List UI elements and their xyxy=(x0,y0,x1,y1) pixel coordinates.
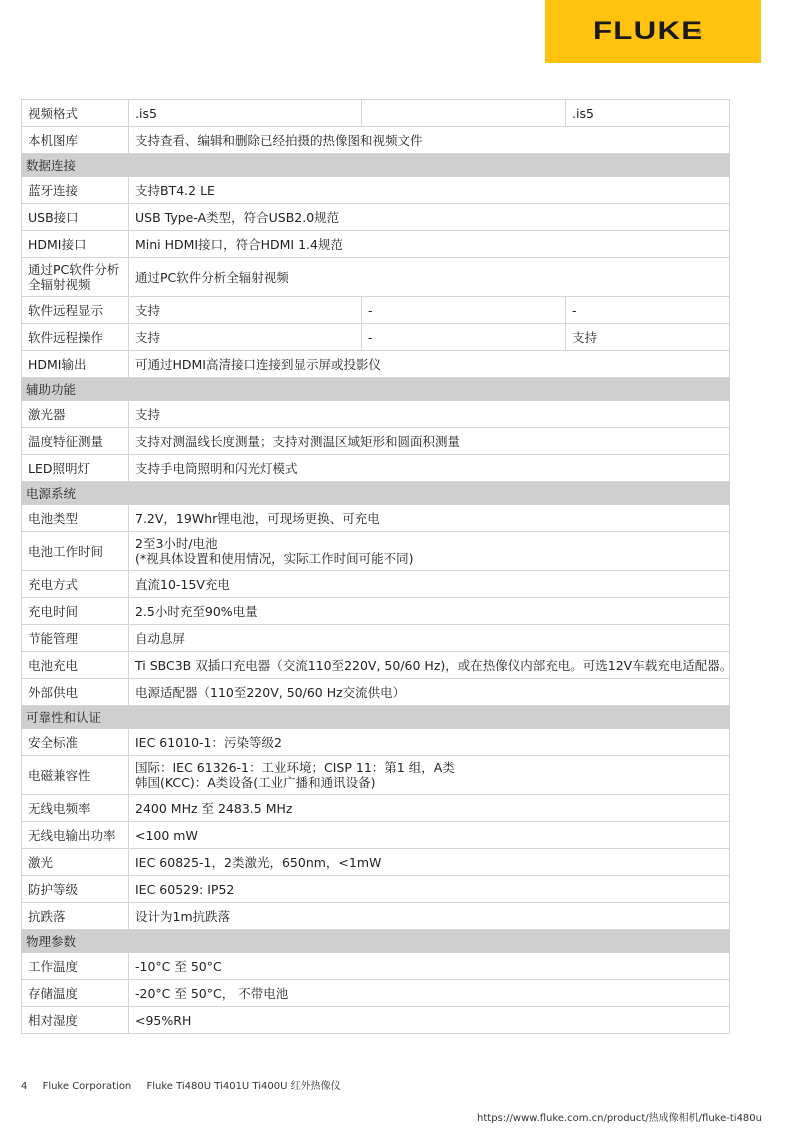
table-row: 软件远程显示支持-- xyxy=(22,297,730,324)
fluke-logo: FLUKE ® xyxy=(545,0,761,63)
row-value: -20°C 至 50°C， 不带电池 xyxy=(129,980,730,1007)
row-value-ti480u: .is5 xyxy=(129,100,362,127)
row-label: 外部供电 xyxy=(22,679,129,706)
table-row: 安全标准IEC 61010-1：污染等级2 xyxy=(22,729,730,756)
row-label: 安全标准 xyxy=(22,729,129,756)
section-title: 数据连接 xyxy=(22,154,730,177)
table-row: 充电方式直流10-15V充电 xyxy=(22,571,730,598)
row-label: 节能管理 xyxy=(22,625,129,652)
page-footer: 4 Fluke Corporation Fluke Ti480U Ti401U … xyxy=(21,1077,353,1092)
row-value: 支持查看、编辑和删除已经拍摄的热像图和视频文件 xyxy=(129,127,730,154)
table-row: 通过PC软件分析全辐射视频通过PC软件分析全辐射视频 xyxy=(22,258,730,297)
section-title: 辅助功能 xyxy=(22,378,730,401)
table-row: 激光IEC 60825-1，2类激光，650nm，<1mW xyxy=(22,849,730,876)
section-header: 辅助功能 xyxy=(22,378,730,401)
section-title: 可靠性和认证 xyxy=(22,706,730,729)
row-value-ti400u: 支持 xyxy=(566,324,730,351)
section-header: 电源系统 xyxy=(22,482,730,505)
row-value: IEC 60825-1，2类激光，650nm，<1mW xyxy=(129,849,730,876)
row-label: 存储温度 xyxy=(22,980,129,1007)
logo-text: FLUKE xyxy=(593,17,703,46)
row-value: -10°C 至 50°C xyxy=(129,953,730,980)
table-row: 外部供电电源适配器（110至220V, 50/60 Hz交流供电） xyxy=(22,679,730,706)
row-label: 软件远程操作 xyxy=(22,324,129,351)
row-label: 本机图库 xyxy=(22,127,129,154)
row-value: 自动息屏 xyxy=(129,625,730,652)
row-value-ti401u: - xyxy=(362,297,566,324)
table-row: USB接口USB Type-A类型，符合USB2.0规范 xyxy=(22,204,730,231)
table-row: 无线电频率2400 MHz 至 2483.5 MHz xyxy=(22,795,730,822)
table-row: 电池类型7.2V，19Whr锂电池，可现场更换、可充电 xyxy=(22,505,730,532)
row-value: 支持 xyxy=(129,401,730,428)
table-row: 电池工作时间2至3小时/电池(*视具体设置和使用情况，实际工作时间可能不同) xyxy=(22,532,730,571)
row-value-ti480u: 支持 xyxy=(129,324,362,351)
row-value: Mini HDMI接口，符合HDMI 1.4规范 xyxy=(129,231,730,258)
table-row: HDMI输出可通过HDMI高清接口连接到显示屏或投影仪 xyxy=(22,351,730,378)
row-value: 2.5小时充至90%电量 xyxy=(129,598,730,625)
row-label: 无线电频率 xyxy=(22,795,129,822)
row-label: 温度特征测量 xyxy=(22,428,129,455)
row-value: 电源适配器（110至220V, 50/60 Hz交流供电） xyxy=(129,679,730,706)
row-value: 2400 MHz 至 2483.5 MHz xyxy=(129,795,730,822)
row-label: 通过PC软件分析全辐射视频 xyxy=(22,258,129,297)
row-value: 可通过HDMI高清接口连接到显示屏或投影仪 xyxy=(129,351,730,378)
row-value: 支持对测温线长度测量；支持对测温区域矩形和圆面积测量 xyxy=(129,428,730,455)
table-row: 电磁兼容性国际：IEC 61326-1：工业环境；CISP 11：第1 组，A类… xyxy=(22,756,730,795)
table-row: 视频格式.is5.is5 xyxy=(22,100,730,127)
row-value-ti400u: .is5 xyxy=(566,100,730,127)
table-row: 温度特征测量支持对测温线长度测量；支持对测温区域矩形和圆面积测量 xyxy=(22,428,730,455)
row-value: 支持手电筒照明和闪光灯模式 xyxy=(129,455,730,482)
section-header: 物理参数 xyxy=(22,930,730,953)
row-label: HDMI接口 xyxy=(22,231,129,258)
row-value-line: 2至3小时/电池 xyxy=(135,536,723,551)
row-label: 充电方式 xyxy=(22,571,129,598)
row-label: 激光器 xyxy=(22,401,129,428)
row-label: 充电时间 xyxy=(22,598,129,625)
footer-company: Fluke Corporation xyxy=(43,1081,132,1092)
table-row: 蓝牙连接支持BT4.2 LE xyxy=(22,177,730,204)
row-value-line: (*视具体设置和使用情况，实际工作时间可能不同) xyxy=(135,551,723,566)
row-value-ti401u: - xyxy=(362,324,566,351)
row-value: 直流10-15V充电 xyxy=(129,571,730,598)
row-value-ti401u xyxy=(362,100,566,127)
table-row: 本机图库支持查看、编辑和删除已经拍摄的热像图和视频文件 xyxy=(22,127,730,154)
table-row: 电池充电Ti SBC3B 双插口充电器（交流110至220V, 50/60 Hz… xyxy=(22,652,730,679)
row-value: <95%RH xyxy=(129,1007,730,1034)
row-value: 2至3小时/电池(*视具体设置和使用情况，实际工作时间可能不同) xyxy=(129,532,730,571)
table-row: 激光器支持 xyxy=(22,401,730,428)
row-label: USB接口 xyxy=(22,204,129,231)
row-label: 抗跌落 xyxy=(22,903,129,930)
row-label: 软件远程显示 xyxy=(22,297,129,324)
row-value: IEC 61010-1：污染等级2 xyxy=(129,729,730,756)
spec-table: 视频格式.is5.is5本机图库支持查看、编辑和删除已经拍摄的热像图和视频文件数… xyxy=(21,99,730,1034)
row-value-line: 国际：IEC 61326-1：工业环境；CISP 11：第1 组，A类 xyxy=(135,760,723,775)
source-url: https://www.fluke.com.cn/product/热成像相机/f… xyxy=(477,1109,762,1124)
footer-product: Fluke Ti480U Ti401U Ti400U 红外热像仪 xyxy=(146,1081,340,1092)
table-row: 软件远程操作支持-支持 xyxy=(22,324,730,351)
row-value: 支持BT4.2 LE xyxy=(129,177,730,204)
section-title: 物理参数 xyxy=(22,930,730,953)
row-label: 电池充电 xyxy=(22,652,129,679)
row-value: IEC 60529: IP52 xyxy=(129,876,730,903)
row-label: 蓝牙连接 xyxy=(22,177,129,204)
table-row: 工作温度-10°C 至 50°C xyxy=(22,953,730,980)
page-number: 4 xyxy=(21,1081,27,1092)
row-value: 设计为1m抗跌落 xyxy=(129,903,730,930)
row-label: 无线电输出功率 xyxy=(22,822,129,849)
row-value: 7.2V，19Whr锂电池，可现场更换、可充电 xyxy=(129,505,730,532)
section-header: 数据连接 xyxy=(22,154,730,177)
row-label: 电池工作时间 xyxy=(22,532,129,571)
section-title: 电源系统 xyxy=(22,482,730,505)
row-label: LED照明灯 xyxy=(22,455,129,482)
row-value: <100 mW xyxy=(129,822,730,849)
table-row: 节能管理自动息屏 xyxy=(22,625,730,652)
row-value: Ti SBC3B 双插口充电器（交流110至220V, 50/60 Hz)，或在… xyxy=(129,652,730,679)
row-label: HDMI输出 xyxy=(22,351,129,378)
row-label: 电池类型 xyxy=(22,505,129,532)
row-label: 防护等级 xyxy=(22,876,129,903)
row-label: 电磁兼容性 xyxy=(22,756,129,795)
spec-table-body: 视频格式.is5.is5本机图库支持查看、编辑和删除已经拍摄的热像图和视频文件数… xyxy=(22,100,730,1034)
row-label: 视频格式 xyxy=(22,100,129,127)
table-row: HDMI接口Mini HDMI接口，符合HDMI 1.4规范 xyxy=(22,231,730,258)
row-label: 相对湿度 xyxy=(22,1007,129,1034)
table-row: 存储温度-20°C 至 50°C， 不带电池 xyxy=(22,980,730,1007)
row-value: USB Type-A类型，符合USB2.0规范 xyxy=(129,204,730,231)
row-label: 激光 xyxy=(22,849,129,876)
row-value: 国际：IEC 61326-1：工业环境；CISP 11：第1 组，A类韩国(KC… xyxy=(129,756,730,795)
table-row: 无线电输出功率<100 mW xyxy=(22,822,730,849)
table-row: LED照明灯支持手电筒照明和闪光灯模式 xyxy=(22,455,730,482)
row-label: 工作温度 xyxy=(22,953,129,980)
table-row: 防护等级IEC 60529: IP52 xyxy=(22,876,730,903)
row-value-ti400u: - xyxy=(566,297,730,324)
table-row: 充电时间2.5小时充至90%电量 xyxy=(22,598,730,625)
row-value: 通过PC软件分析全辐射视频 xyxy=(129,258,730,297)
row-value-line: 韩国(KCC)：A类设备(工业广播和通讯设备) xyxy=(135,775,723,790)
table-row: 相对湿度<95%RH xyxy=(22,1007,730,1034)
row-value-ti480u: 支持 xyxy=(129,297,362,324)
table-row: 抗跌落设计为1m抗跌落 xyxy=(22,903,730,930)
section-header: 可靠性和认证 xyxy=(22,706,730,729)
